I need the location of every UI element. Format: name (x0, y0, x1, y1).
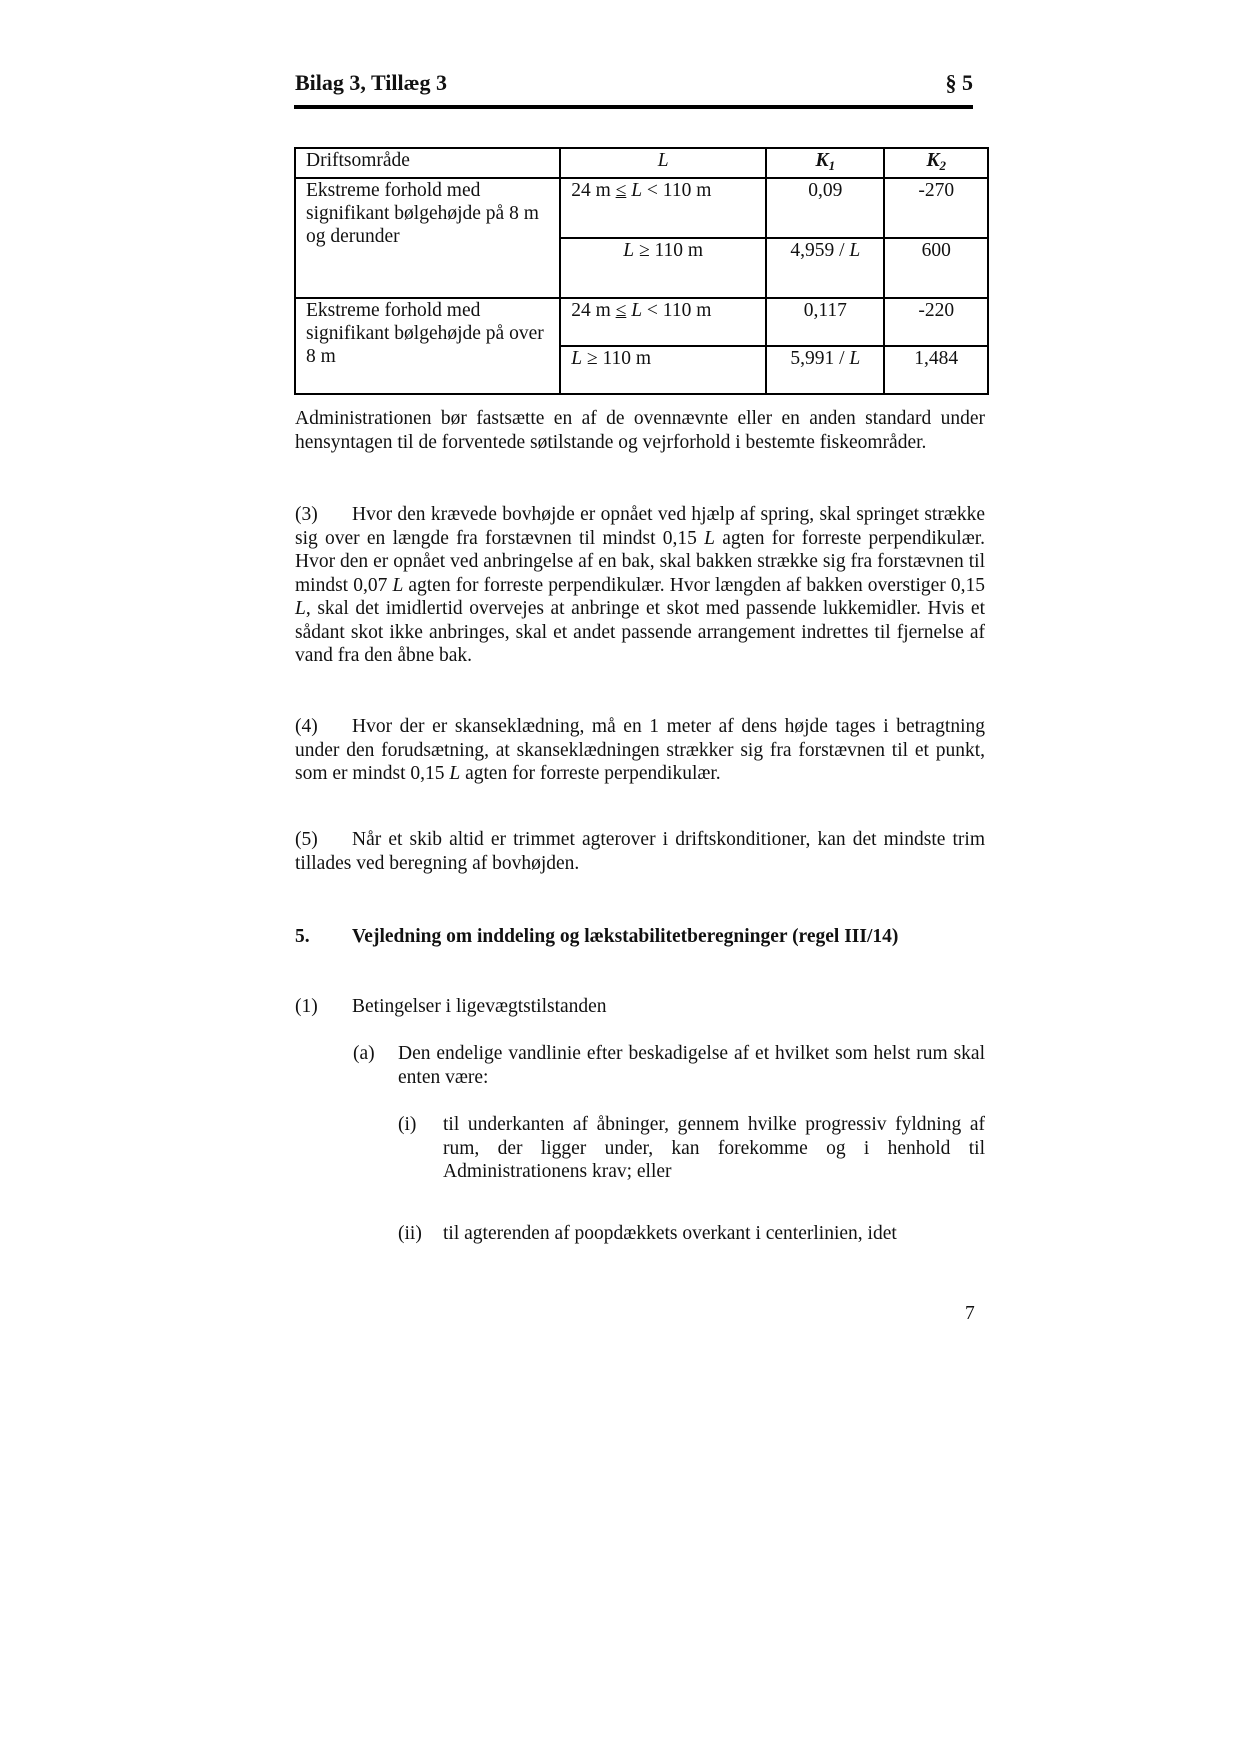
running-header-section: § 5 (930, 70, 973, 96)
cell-K1: 4,959 / L (766, 238, 884, 298)
table-row: Ekstreme forhold med signifikant bølgehø… (295, 298, 988, 346)
item-1: (1)Betingelser i ligevægtstilstanden (295, 995, 985, 1019)
cell-L: 24 m ≤ L < 110 m (560, 178, 766, 238)
cell-K1: 5,991 / L (766, 346, 884, 394)
paragraph-4: (4)Hvor der er skanseklædning, må en 1 m… (295, 715, 985, 786)
item-i: (i) til underkanten af åbninger, gennem … (398, 1113, 985, 1184)
item-label: (1) (295, 995, 352, 1019)
item-label: (ii) (398, 1222, 443, 1246)
cell-K2: -270 (884, 178, 988, 238)
cell-L: 24 m ≤ L < 110 m (560, 298, 766, 346)
item-a: (a) Den endelige vandlinie efter beskadi… (353, 1042, 985, 1089)
cell-L: L ≥ 110 m (560, 238, 766, 298)
coefficient-table: Driftsområde L K1 K2 Ekstreme forhold me… (294, 147, 989, 395)
col-header-K1: K1 (766, 148, 884, 178)
paragraph-label: (5) (295, 828, 352, 852)
col-header-area: Driftsområde (295, 148, 560, 178)
item-ii: (ii) til agterenden af poopdækkets overk… (398, 1222, 985, 1246)
table-row: Ekstreme forhold med signifikant bølgehø… (295, 178, 988, 238)
paragraph-label: (3) (295, 503, 352, 527)
item-label: (a) (353, 1042, 398, 1089)
col-header-L: L (560, 148, 766, 178)
cell-area: Ekstreme forhold med signifikant bølgehø… (295, 298, 560, 394)
section-number: 5. (295, 925, 352, 949)
col-header-K2: K2 (884, 148, 988, 178)
cell-K2: 1,484 (884, 346, 988, 394)
section-heading: 5.Vejledning om inddeling og lækstabilit… (295, 925, 985, 949)
cell-K1: 0,09 (766, 178, 884, 238)
cell-K2: 600 (884, 238, 988, 298)
cell-K1: 0,117 (766, 298, 884, 346)
page-number: 7 (965, 1303, 975, 1325)
paragraph-5: (5)Når et skib altid er trimmet agterove… (295, 828, 985, 875)
header-rule (294, 105, 973, 109)
section-title: Vejledning om inddeling og lækstabilitet… (352, 926, 898, 947)
running-header-title: Bilag 3, Tillæg 3 (295, 70, 447, 96)
paragraph-3: (3)Hvor den krævede bovhøjde er opnået v… (295, 503, 985, 668)
admin-paragraph: Administrationen bør fastsætte en af de … (295, 407, 985, 454)
paragraph-label: (4) (295, 715, 352, 739)
cell-area: Ekstreme forhold med signifikant bølgehø… (295, 178, 560, 298)
item-label: (i) (398, 1113, 443, 1184)
cell-K2: -220 (884, 298, 988, 346)
cell-L: L ≥ 110 m (560, 346, 766, 394)
table-header-row: Driftsområde L K1 K2 (295, 148, 988, 178)
